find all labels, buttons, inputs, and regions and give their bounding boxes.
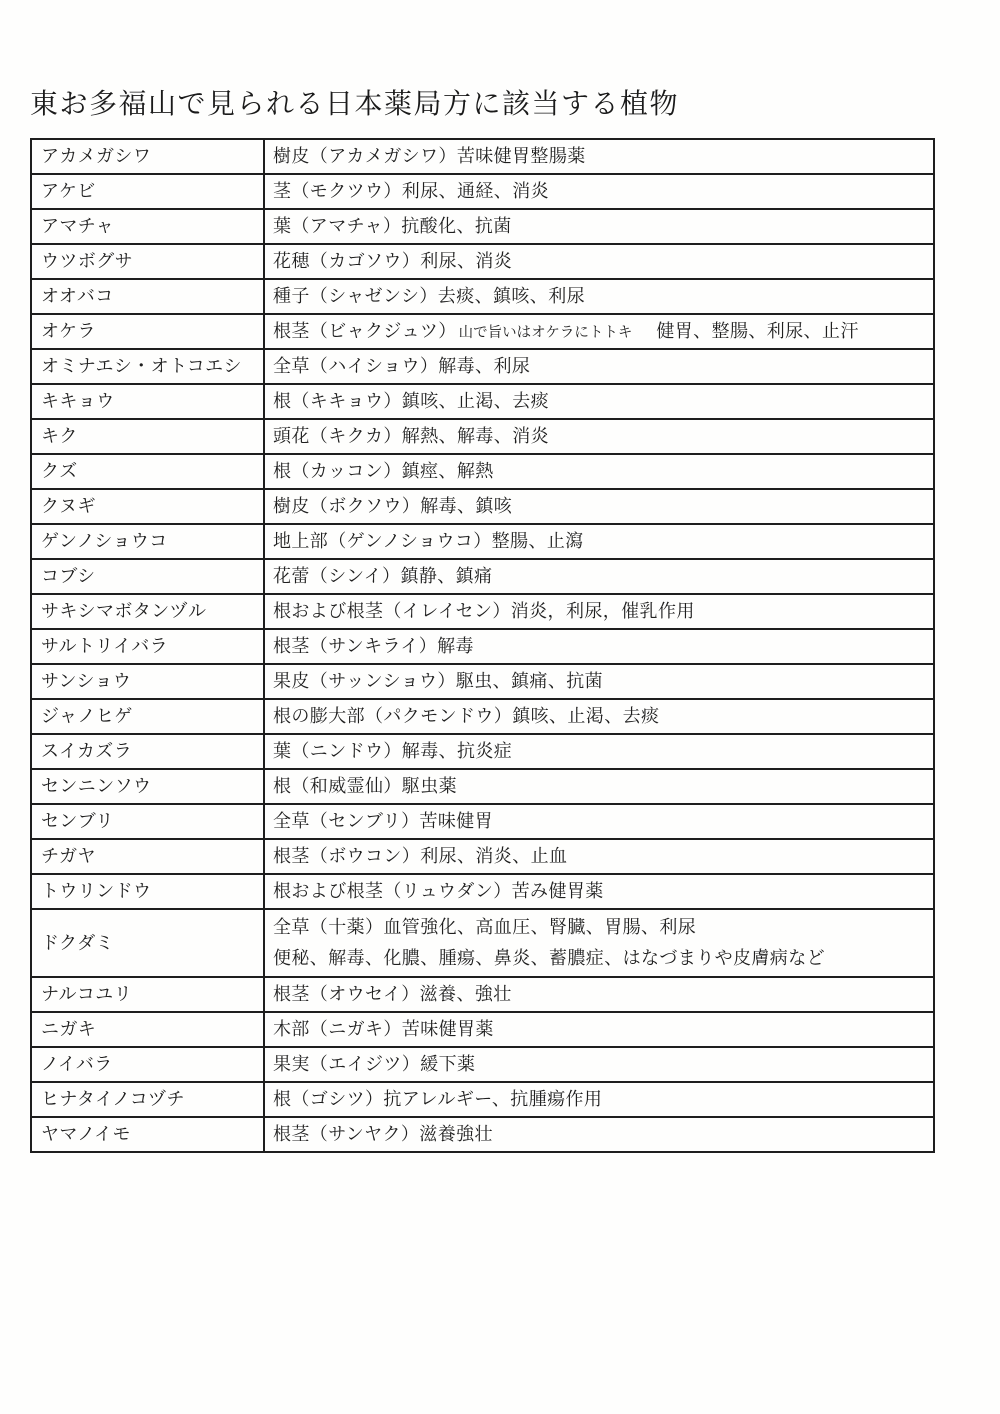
usage-line-2: 便秘、解毒、化膿、腫瘍、鼻炎、蓄膿症、はなづまりや皮膚病など xyxy=(273,943,927,974)
usage-cell: 根および根茎（イレイセン）消炎，利尿，催乳作用 xyxy=(264,594,934,629)
table-row: センニンソウ根（和威霊仙）駆虫薬 xyxy=(31,769,934,804)
usage-line-1: 全草（十薬）血管強化、高血圧、腎臓、胃腸、利尿 xyxy=(273,912,927,943)
table-row: アカメガシワ樹皮（アカメガシワ）苦味健胃整腸薬 xyxy=(31,139,934,174)
usage-cell: 根茎（サンキライ）解毒 xyxy=(264,629,934,664)
plant-name-cell: ニガキ xyxy=(31,1012,264,1047)
table-row: ナルコユリ根茎（オウセイ）滋養、強壮 xyxy=(31,977,934,1012)
plant-name-cell: アカメガシワ xyxy=(31,139,264,174)
plant-name-cell: ウツボグサ xyxy=(31,244,264,279)
usage-cell: 全草（十薬）血管強化、高血圧、腎臓、胃腸、利尿便秘、解毒、化膿、腫瘍、鼻炎、蓄膿… xyxy=(264,909,934,977)
usage-cell: 樹皮（ボクソウ）解毒、鎮咳 xyxy=(264,489,934,524)
usage-cell: 頭花（キクカ）解熱、解毒、消炎 xyxy=(264,419,934,454)
plant-name-cell: サンショウ xyxy=(31,664,264,699)
usage-cell: 木部（ニガキ）苦味健胃薬 xyxy=(264,1012,934,1047)
plant-name-cell: ヒナタイノコヅチ xyxy=(31,1082,264,1117)
table-row: クヌギ樹皮（ボクソウ）解毒、鎮咳 xyxy=(31,489,934,524)
usage-cell: 根（キキョウ）鎮咳、止渇、去痰 xyxy=(264,384,934,419)
scanned-document-page: 東お多福山で見られる日本薬局方に該当する植物 アカメガシワ樹皮（アカメガシワ）苦… xyxy=(0,0,1000,1414)
plant-name-cell: ナルコユリ xyxy=(31,977,264,1012)
usage-tail: 健胃、整腸、利尿、止汗 xyxy=(656,321,858,341)
table-row: ウツボグサ花穂（カゴソウ）利尿、消炎 xyxy=(31,244,934,279)
table-row: トウリンドウ根および根茎（リュウダン）苦み健胃薬 xyxy=(31,874,934,909)
table-row: ゲンノショウコ地上部（ゲンノショウコ）整腸、止瀉 xyxy=(31,524,934,559)
plant-name-cell: ヤマノイモ xyxy=(31,1117,264,1152)
table-row: クズ根（カッコン）鎮痙、解熱 xyxy=(31,454,934,489)
table-row: ニガキ木部（ニガキ）苦味健胃薬 xyxy=(31,1012,934,1047)
plant-name-cell: ジャノヒゲ xyxy=(31,699,264,734)
medicinal-plants-table: アカメガシワ樹皮（アカメガシワ）苦味健胃整腸薬アケビ茎（モクツウ）利尿、通経、消… xyxy=(30,138,935,1153)
table-row: スイカズラ葉（ニンドウ）解毒、抗炎症 xyxy=(31,734,934,769)
usage-cell: 根の膨大部（パクモンドウ）鎮咳、止渇、去痰 xyxy=(264,699,934,734)
usage-note: 山で旨いはオケラにトトキ xyxy=(459,325,633,341)
usage-cell: 地上部（ゲンノショウコ）整腸、止瀉 xyxy=(264,524,934,559)
plant-name-cell: クズ xyxy=(31,454,264,489)
plant-name-cell: オミナエシ・オトコエシ xyxy=(31,349,264,384)
table-row: オオバコ種子（シャゼンシ）去痰、鎮咳、利尿 xyxy=(31,279,934,314)
usage-cell: 根（カッコン）鎮痙、解熱 xyxy=(264,454,934,489)
plant-name-cell: サキシマボタンヅル xyxy=(31,594,264,629)
plant-name-cell: コブシ xyxy=(31,559,264,594)
table-row: アケビ茎（モクツウ）利尿、通経、消炎 xyxy=(31,174,934,209)
plant-name-cell: クヌギ xyxy=(31,489,264,524)
table-row: ジャノヒゲ根の膨大部（パクモンドウ）鎮咳、止渇、去痰 xyxy=(31,699,934,734)
usage-cell: 花蕾（シンイ）鎮静、鎮痛 xyxy=(264,559,934,594)
plant-name-cell: オオバコ xyxy=(31,279,264,314)
usage-cell: 果実（エイジツ）緩下薬 xyxy=(264,1047,934,1082)
plant-name-cell: オケラ xyxy=(31,314,264,349)
table-row: ヤマノイモ根茎（サンヤク）滋養強壮 xyxy=(31,1117,934,1152)
table-row: キク頭花（キクカ）解熱、解毒、消炎 xyxy=(31,419,934,454)
table-row: コブシ花蕾（シンイ）鎮静、鎮痛 xyxy=(31,559,934,594)
table-row: オケラ根茎（ビャクジュツ）山で旨いはオケラにトトキ健胃、整腸、利尿、止汗 xyxy=(31,314,934,349)
usage-cell: 全草（センブリ）苦味健胃 xyxy=(264,804,934,839)
usage-cell: 花穂（カゴソウ）利尿、消炎 xyxy=(264,244,934,279)
usage-cell: 葉（アマチャ）抗酸化、抗菌 xyxy=(264,209,934,244)
table-row: ヒナタイノコヅチ根（ゴシツ）抗アレルギー、抗腫瘍作用 xyxy=(31,1082,934,1117)
table-row: センブリ全草（センブリ）苦味健胃 xyxy=(31,804,934,839)
usage-cell: 樹皮（アカメガシワ）苦味健胃整腸薬 xyxy=(264,139,934,174)
table-row: サキシマボタンヅル根および根茎（イレイセン）消炎，利尿，催乳作用 xyxy=(31,594,934,629)
usage-cell: 根（ゴシツ）抗アレルギー、抗腫瘍作用 xyxy=(264,1082,934,1117)
plant-name-cell: ドクダミ xyxy=(31,909,264,977)
usage-cell: 根および根茎（リュウダン）苦み健胃薬 xyxy=(264,874,934,909)
table-row: チガヤ根茎（ボウコン）利尿、消炎、止血 xyxy=(31,839,934,874)
plant-name-cell: スイカズラ xyxy=(31,734,264,769)
usage-main: 根茎（ビャクジュツ） xyxy=(273,321,457,341)
usage-cell: 全草（ハイショウ）解毒、利尿 xyxy=(264,349,934,384)
plant-name-cell: トウリンドウ xyxy=(31,874,264,909)
plant-name-cell: センブリ xyxy=(31,804,264,839)
plant-name-cell: センニンソウ xyxy=(31,769,264,804)
table-row: ノイバラ果実（エイジツ）緩下薬 xyxy=(31,1047,934,1082)
table-body: アカメガシワ樹皮（アカメガシワ）苦味健胃整腸薬アケビ茎（モクツウ）利尿、通経、消… xyxy=(31,139,934,1152)
table-row: アマチャ葉（アマチャ）抗酸化、抗菌 xyxy=(31,209,934,244)
plant-name-cell: キク xyxy=(31,419,264,454)
usage-cell: 根（和威霊仙）駆虫薬 xyxy=(264,769,934,804)
page-title: 東お多福山で見られる日本薬局方に該当する植物 xyxy=(30,82,679,122)
plant-name-cell: アマチャ xyxy=(31,209,264,244)
plant-name-cell: アケビ xyxy=(31,174,264,209)
table-row: キキョウ根（キキョウ）鎮咳、止渇、去痰 xyxy=(31,384,934,419)
usage-cell: 葉（ニンドウ）解毒、抗炎症 xyxy=(264,734,934,769)
plant-name-cell: ゲンノショウコ xyxy=(31,524,264,559)
usage-cell: 茎（モクツウ）利尿、通経、消炎 xyxy=(264,174,934,209)
plant-name-cell: ノイバラ xyxy=(31,1047,264,1082)
usage-cell: 根茎（ボウコン）利尿、消炎、止血 xyxy=(264,839,934,874)
plant-name-cell: サルトリイバラ xyxy=(31,629,264,664)
usage-cell: 根茎（ビャクジュツ）山で旨いはオケラにトトキ健胃、整腸、利尿、止汗 xyxy=(264,314,934,349)
usage-cell: 根茎（オウセイ）滋養、強壮 xyxy=(264,977,934,1012)
table-row: ドクダミ全草（十薬）血管強化、高血圧、腎臓、胃腸、利尿便秘、解毒、化膿、腫瘍、鼻… xyxy=(31,909,934,977)
table-row: サンショウ果皮（サッンショウ）駆虫、鎮痛、抗菌 xyxy=(31,664,934,699)
usage-cell: 果皮（サッンショウ）駆虫、鎮痛、抗菌 xyxy=(264,664,934,699)
plant-name-cell: チガヤ xyxy=(31,839,264,874)
plant-name-cell: キキョウ xyxy=(31,384,264,419)
usage-cell: 根茎（サンヤク）滋養強壮 xyxy=(264,1117,934,1152)
usage-cell: 種子（シャゼンシ）去痰、鎮咳、利尿 xyxy=(264,279,934,314)
table-row: オミナエシ・オトコエシ全草（ハイショウ）解毒、利尿 xyxy=(31,349,934,384)
table-row: サルトリイバラ根茎（サンキライ）解毒 xyxy=(31,629,934,664)
